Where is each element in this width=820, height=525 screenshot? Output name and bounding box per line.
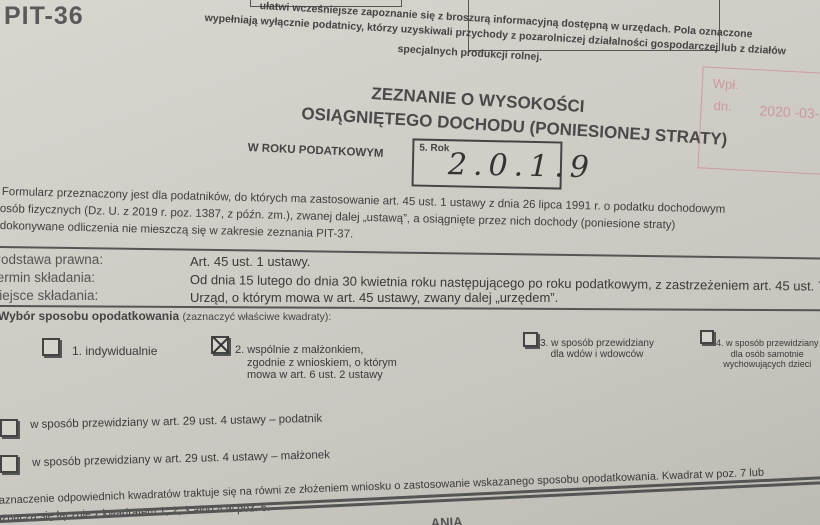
art29-taxpayer-checkbox[interactable]	[0, 419, 18, 437]
year-field-label: 5. Rok	[419, 143, 449, 155]
option-3-label: 3. w sposób przewidziany dla wdów i wdow…	[540, 338, 654, 360]
art29-taxpayer-label: w sposób przewidziany w art. 29 ust. 4 u…	[30, 413, 322, 432]
stamp-line-1: Wpł.	[712, 76, 739, 92]
option-3-line-2: dla wdów i wdowców	[540, 349, 654, 360]
art29-spouse-checkbox[interactable]	[0, 455, 18, 473]
stamp-date: 2020 -03-	[759, 102, 820, 121]
option-1-label: 1. indywidualnie	[72, 345, 157, 358]
option-3-line-1: 3. w sposób przewidziany	[540, 338, 654, 349]
info-label-legal-basis: Podstawa prawna:	[0, 252, 103, 267]
option-4-line-1: 4. w sposób przewidziany	[716, 338, 819, 349]
form-id: PIT-36	[4, 2, 84, 31]
option-4-line-3: wychowujących dzieci	[716, 359, 819, 370]
year-label: W ROKU PODATKOWYM	[247, 142, 383, 160]
option-4-label: 4. w sposób przewidziany dla osób samotn…	[716, 338, 819, 370]
option-3-checkbox[interactable]	[523, 332, 538, 347]
divider-1	[0, 246, 820, 260]
stamp-line-2: dn.	[713, 98, 732, 114]
receipt-stamp: Wpł. dn. 2020 -03-	[697, 66, 820, 175]
option-2-label: 2. wspólnie z małżonkiem, zgodnie z wnio…	[235, 344, 397, 382]
art29-spouse-label: w sposób przewidziany w art. 29 ust. 4 u…	[32, 449, 330, 469]
option-4-checkbox[interactable]	[700, 330, 714, 344]
taxation-heading: Wybór sposobu opodatkowania	[0, 309, 179, 323]
info-label-deadline: Termin składania:	[0, 270, 95, 285]
option-1-checkbox[interactable]	[42, 338, 60, 356]
option-2-checkbox[interactable]	[211, 336, 229, 354]
info-label-place: Miejsce składania:	[0, 288, 98, 303]
next-section-heading-partial: ...ANIA	[420, 514, 463, 525]
option-2-line-3: mowa w art. 6 ust. 2 ustawy	[235, 369, 397, 382]
taxation-heading-row: Wybór sposobu opodatkowania (zaznaczyć w…	[0, 309, 331, 323]
info-value-place: Urząd, o którym mowa w art. 45 ustawy, z…	[190, 290, 558, 305]
taxation-heading-note: (zaznaczyć właściwe kwadraty):	[182, 311, 331, 323]
info-value-legal-basis: Art. 45 ust. 1 ustawy.	[190, 254, 310, 269]
option-2-line-1: 2. wspólnie z małżonkiem,	[235, 344, 397, 357]
option-4-line-2: dla osób samotnie	[716, 349, 819, 360]
year-field[interactable]: 5. Rok 2.0.1.9	[412, 138, 563, 189]
year-field-value: 2.0.1.9	[448, 147, 596, 185]
option-2-line-2: zgodnie z wnioskiem, o którym	[235, 357, 397, 370]
